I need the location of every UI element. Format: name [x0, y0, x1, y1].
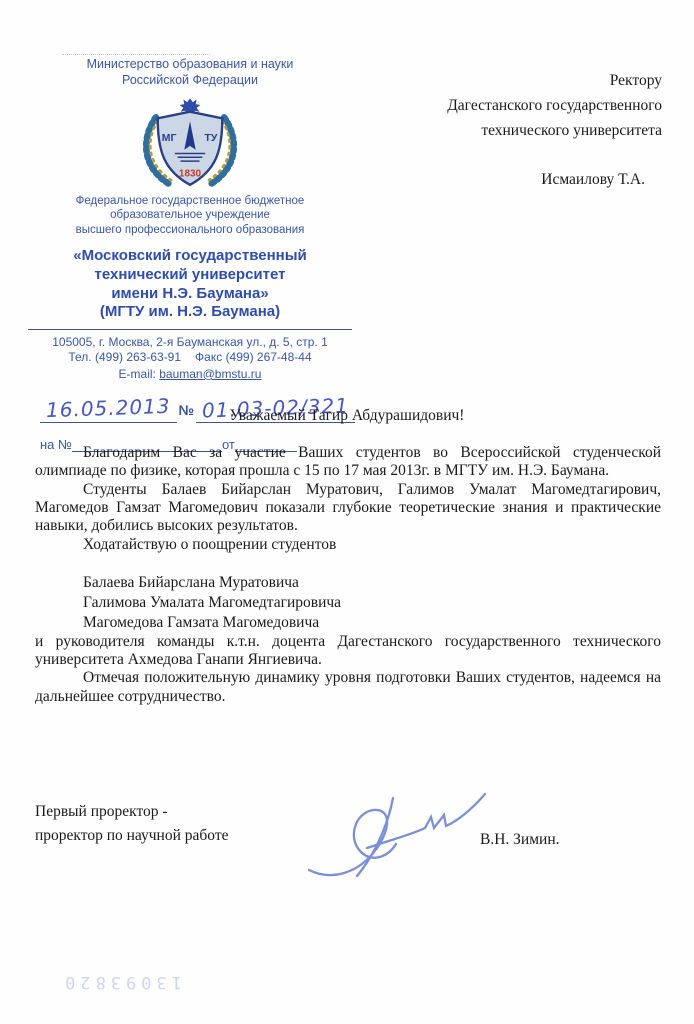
signature-block: Первый проректор - проректор по научной … — [35, 800, 661, 900]
student-name: Балаева Бийарслана Муратовича — [83, 573, 661, 593]
email-line: E-mail: bauman@bmstu.ru — [22, 367, 358, 383]
emblem-year: 1830 — [179, 168, 202, 179]
addressee-block: Ректору Дагестанского государственного т… — [342, 68, 662, 192]
signer-name: В.Н. Зимин. — [480, 831, 560, 849]
paragraph-team-leader: и руководителя команды к.т.н. доцента Да… — [35, 633, 661, 670]
student-name: Галимова Умалата Магомедтагировича — [83, 593, 661, 613]
ministry-line: Министерство образования и науки — [22, 56, 358, 72]
university-name-line: технический университет — [22, 266, 358, 285]
university-name: «Московский государственный технический … — [22, 247, 358, 321]
phone-number: Тел. (499) 263-63-91 — [68, 350, 181, 364]
student-name: Магомедова Гамзата Магомедовича — [83, 613, 661, 633]
paragraph-students: Студенты Балаев Бийарслан Муратович, Гал… — [35, 481, 661, 536]
founder-line: высшего профессионального образования — [22, 223, 358, 238]
letterhead-divider — [28, 329, 352, 330]
paragraph-thanks: Благодарим Вас за участие Ваших студенто… — [35, 444, 661, 481]
registration-stamp-number: 13093820 — [32, 972, 182, 992]
emblem-monogram-left: МГ — [162, 133, 177, 144]
founder-line: Федеральное государственное бюджетное — [22, 194, 358, 209]
email-label: E-mail: — [119, 367, 156, 381]
scan-artifact-line — [62, 54, 210, 55]
addressee-line: Дагестанского государственного — [342, 93, 662, 118]
handwritten-signature — [301, 786, 491, 881]
university-emblem-logo: МГ ТУ 1830 — [133, 96, 247, 192]
addressee-line: Ректору — [342, 68, 662, 93]
salutation: Уважаемый Тагир Абдурашидович! — [35, 407, 659, 425]
letterhead: Министерство образования и науки Российс… — [22, 56, 358, 452]
postal-address: 105005, г. Москва, 2-я Бауманская ул., д… — [22, 335, 358, 351]
letter-body: Благодарим Вас за участие Ваших студенто… — [35, 444, 661, 706]
phone-fax-line: Тел. (499) 263-63-91Факс (499) 267-48-44 — [22, 350, 358, 366]
university-name-line: «Московский государственный — [22, 247, 358, 266]
fax-number: Факс (499) 267-48-44 — [195, 350, 312, 364]
paragraph-petition: Ходатайствую о поощрении студентов — [35, 536, 661, 554]
scanned-letter-page: Министерство образования и науки Российс… — [0, 0, 694, 1024]
emblem-monogram-right: ТУ — [204, 133, 217, 144]
founder-line: образовательное учреждение — [22, 208, 358, 223]
ministry-line: Российской Федерации — [22, 72, 358, 88]
student-names-list: Балаева Бийарслана Муратовича Галимова У… — [35, 573, 661, 632]
email-address: bauman@bmstu.ru — [159, 367, 261, 381]
university-name-line: имени Н.Э. Баумана» — [22, 285, 358, 304]
paragraph-final: Отмечая положительную динамику уровня по… — [35, 669, 661, 706]
ministry-name: Министерство образования и науки Российс… — [22, 56, 358, 89]
addressee-line: технического университета — [342, 118, 662, 143]
founder-type: Федеральное государственное бюджетное об… — [22, 194, 358, 239]
addressee-name: Исмаилову Т.А. — [342, 167, 662, 192]
university-name-line: (МГТУ им. Н.Э. Баумана) — [22, 303, 358, 322]
